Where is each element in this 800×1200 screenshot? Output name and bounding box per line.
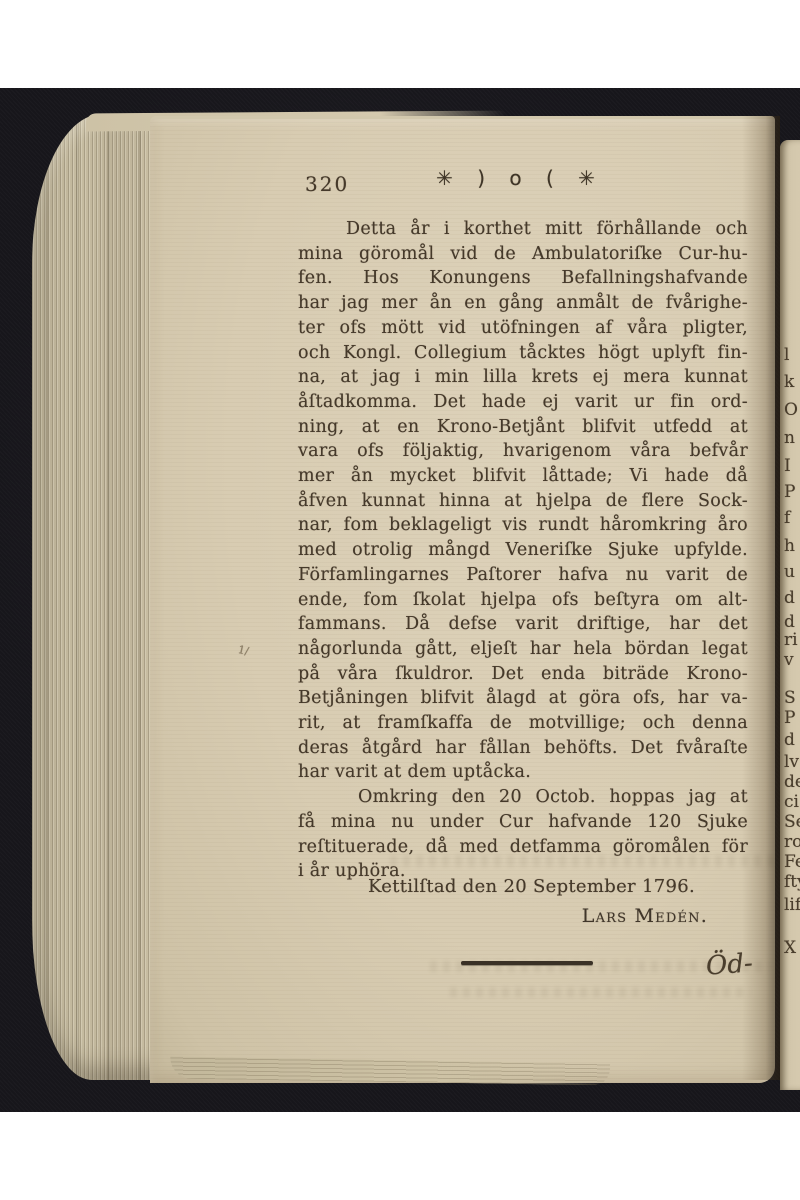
text-line: deras åtgård har fållan behöfts. Det fvå… [298, 736, 748, 761]
text-line: Förfamlingarnes Paſtorer hafva nu varit … [298, 563, 748, 588]
next-page-fragment: n [784, 428, 795, 448]
text-line: Omkring den 20 Octob. hoppas jag at [298, 785, 748, 810]
next-page-fragment: d [784, 588, 795, 608]
text-line: Detta år i korthet mitt förhållande och [298, 217, 748, 242]
dateline: Kettilſtad den 20 September 1796. [368, 876, 695, 897]
next-page-fragment: O [784, 400, 798, 420]
closing-rule [461, 961, 593, 965]
next-page-fragment: ri [784, 630, 798, 650]
text-line: få mina nu under Cur hafvande 120 Sjuke [298, 810, 748, 835]
catchword: Öd- [705, 948, 754, 981]
text-line: fen. Hos Konungens Befallningshafvande [298, 266, 748, 291]
next-page-fragment: h [784, 536, 795, 556]
next-page-fragment: X [784, 938, 796, 958]
next-page-fragment: lv [784, 752, 799, 772]
text-line: någorlunda gått, eljeſt har hela bördan … [298, 637, 748, 662]
margin-stray-mark: 1/ [237, 643, 250, 658]
signature: Lars Medén. [298, 905, 708, 927]
next-page-fragment: I [784, 456, 791, 476]
next-page-fragment: lif [784, 895, 800, 915]
next-page-fragment: f [784, 508, 790, 528]
text-line: reſtituerade, då med detfamma göromålen … [298, 835, 748, 860]
next-page-fragment: l [784, 345, 789, 365]
text-line: har varit at dem uptåcka. [298, 760, 748, 785]
next-page-fragment: de [784, 772, 800, 792]
text-line: åfven kunnat hinna at hjelpa de flere So… [298, 489, 748, 514]
text-line: med otrolig mångd Veneriſke Sjuke upfyld… [298, 538, 748, 563]
next-page-fragment: k [784, 372, 794, 392]
next-page-fragment: S [784, 688, 796, 708]
text-line: vara ofs följaktig, hvarigenom våra befv… [298, 439, 748, 464]
text-line: na, at jag i min lilla krets ej mera kun… [298, 365, 748, 390]
text-line: åſtadkomma. Det hade ej varit ur fin ord… [298, 390, 748, 415]
header-ornament: ✳ ) o ( ✳ [320, 166, 720, 190]
text-line: Betjåningen blifvit ålagd at göra ofs, h… [298, 686, 748, 711]
next-page-fragment: fty [784, 872, 800, 892]
text-line: mer ån mycket blifvit låttade; Vi hade d… [298, 464, 748, 489]
text-line: ende, fom ſkolat hjelpa ofs beſtyra om a… [298, 588, 748, 613]
next-page-fragment: u [784, 562, 795, 582]
text-line: på våra ſkuldror. Det enda biträde Krono… [298, 662, 748, 687]
text-line: nar, fom beklageligt vis rundt håromkrin… [298, 513, 748, 538]
next-page-fragment: v [784, 650, 794, 670]
scanned-book-photo: { "page_header": { "page_number": "320",… [0, 0, 800, 1200]
text-line: ter ofs mött vid utöfningen af våra plig… [298, 316, 748, 341]
text-line: har jag mer ån en gång anmålt de fvårigh… [298, 291, 748, 316]
next-page-fragment: Fe [784, 852, 800, 872]
text-line: fammans. Då defse varit driftige, har de… [298, 612, 748, 637]
next-page-fragment: ci [784, 792, 799, 812]
page-text: 320 ✳ ) o ( ✳ Detta år i korthet mitt fö… [0, 0, 800, 1200]
text-line: och Kongl. Collegium tåcktes högt uplyft… [298, 341, 748, 366]
next-page-fragment: P [784, 708, 795, 728]
next-page-fragment: ro [784, 832, 800, 852]
next-page-fragment: P [784, 482, 795, 502]
text-line: rit, at framſkaffa de motvillige; och de… [298, 711, 748, 736]
next-page-fragment: d [784, 612, 795, 632]
next-page-fragment: Se [784, 812, 800, 832]
text-line: ning, at en Krono-Betjånt blifvit utfedd… [298, 415, 748, 440]
next-page-fragment: d [784, 730, 795, 750]
text-line: mina göromål vid de Ambulatoriſke Cur-hu… [298, 242, 748, 267]
